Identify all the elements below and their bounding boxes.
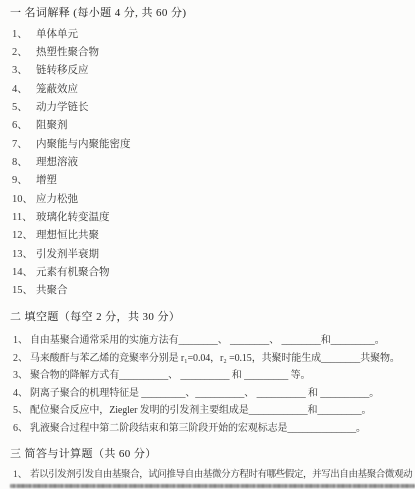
sec1-item-1: 1、单体单元 — [12, 24, 413, 42]
item-number: 4、 — [12, 81, 36, 96]
item-text: 阴离子聚合的机理特征是 _________、__________、 ______… — [30, 384, 413, 399]
item-number: 10、 — [12, 191, 36, 206]
sec1-item-11: 11、玻璃化转变温度 — [12, 207, 413, 225]
section3-question-list: 1、若以引发剂引发自由基聚合，试问推导自由基微分方程时有哪些假定，并写出自由基聚… — [13, 465, 413, 481]
item-number: 6、 — [12, 117, 36, 132]
sec1-item-5: 5、动力学链长 — [12, 97, 413, 115]
item-text: 引发剂半衰期 — [36, 246, 413, 261]
sec1-item-13: 13、引发剂半衰期 — [12, 244, 413, 262]
item-text: 乳液聚合过程中第二阶段结束和第三阶段开始的宏观标志是______________… — [30, 419, 413, 434]
sec1-item-10: 10、应力松弛 — [12, 189, 413, 207]
sec1-item-2: 2、热塑性聚合物 — [12, 42, 413, 60]
item-number: 1、 — [13, 331, 30, 346]
sec1-item-8: 8、理想溶液 — [12, 152, 413, 170]
item-number: 1、 — [13, 466, 30, 480]
sec2-item-1: 1、自由基聚合通常采用的实施方法有________、 ________、 ___… — [13, 330, 413, 348]
sec1-item-3: 3、链转移反应 — [12, 61, 413, 79]
sec1-item-9: 9、增塑 — [12, 171, 413, 189]
sec2-item-3: 3、聚合物的降解方式有__________、 __________ 和 ____… — [13, 365, 413, 383]
item-number: 3、 — [12, 62, 36, 77]
item-number: 7、 — [12, 136, 36, 151]
item-text: 单体单元 — [36, 26, 413, 41]
item-number: 5、 — [13, 401, 30, 416]
item-text: 玻璃化转变温度 — [36, 209, 413, 224]
sec1-item-15: 15、共聚合 — [12, 281, 413, 299]
section2-title: 二 填空题（每空 2 分，共 30 分） — [10, 310, 411, 324]
item-text: 笼蔽效应 — [36, 81, 413, 96]
item-text: 配位聚合反应中，Ziegler 发明的引发剂主要组成是____________和… — [30, 401, 413, 416]
item-text: 动力学链长 — [36, 99, 413, 114]
item-text: 自由基聚合通常采用的实施方法有________、 ________、 _____… — [30, 331, 413, 346]
sec2-item-4: 4、阴离子聚合的机理特征是 _________、__________、 ____… — [13, 383, 413, 401]
sec1-item-4: 4、笼蔽效应 — [12, 79, 413, 97]
item-number: 14、 — [12, 264, 36, 279]
item-number: 12、 — [12, 227, 36, 242]
item-number: 5、 — [12, 99, 36, 114]
section1-title: 一 名词解释 (每小题 4 分, 共 60 分) — [10, 6, 411, 20]
item-text: 应力松弛 — [36, 191, 413, 206]
item-number: 13、 — [12, 246, 36, 261]
item-text: 理想溶液 — [36, 154, 413, 169]
item-number: 8、 — [12, 154, 36, 169]
sec2-item-6: 6、乳液聚合过程中第二阶段结束和第三阶段开始的宏观标志是____________… — [13, 418, 413, 436]
item-text: 聚合物的降解方式有__________、 __________ 和 ______… — [30, 366, 413, 381]
item-text: 内聚能与内聚能密度 — [36, 136, 413, 151]
section3-title: 三 简答与计算题（共 60 分） — [10, 447, 411, 461]
section1-term-list: 1、单体单元2、热塑性聚合物3、链转移反应4、笼蔽效应5、动力学链长6、阻聚剂7… — [12, 24, 413, 299]
item-number: 11、 — [12, 209, 36, 224]
item-text: 若以引发剂引发自由基聚合，试问推导自由基微分方程时有哪些假定，并写出自由基聚合微… — [30, 466, 413, 480]
sec2-item-5: 5、配位聚合反应中，Ziegler 发明的引发剂主要组成是___________… — [13, 400, 413, 418]
item-number: 9、 — [12, 172, 36, 187]
sec1-item-12: 12、理想恒比共聚 — [12, 226, 413, 244]
item-text: 热塑性聚合物 — [36, 44, 413, 59]
item-number: 15、 — [12, 282, 36, 297]
item-text: 阻聚剂 — [36, 117, 413, 132]
item-number: 2、 — [12, 44, 36, 59]
item-text: 链转移反应 — [36, 62, 413, 77]
item-text: 元素有机聚合物 — [36, 264, 413, 279]
sec3-item-1: 1、若以引发剂引发自由基聚合，试问推导自由基微分方程时有哪些假定，并写出自由基聚… — [13, 465, 413, 481]
item-text: 共聚合 — [36, 282, 413, 297]
section2-fill-blank-list: 1、自由基聚合通常采用的实施方法有________、 ________、 ___… — [13, 330, 413, 435]
cutoff-text-edge — [10, 484, 415, 488]
item-number: 2、 — [13, 349, 30, 364]
item-text: 马来酸酐与苯乙烯的竞聚率分别是 r₁=0.04，r₂ =0.15，共聚时能生成_… — [30, 349, 413, 364]
item-number: 1、 — [12, 26, 36, 41]
sec2-item-2: 2、马来酸酐与苯乙烯的竞聚率分别是 r₁=0.04，r₂ =0.15，共聚时能生… — [13, 348, 413, 366]
sec1-item-7: 7、内聚能与内聚能密度 — [12, 134, 413, 152]
item-text: 理想恒比共聚 — [36, 227, 413, 242]
item-number: 3、 — [13, 366, 30, 381]
item-number: 6、 — [13, 419, 30, 434]
sec1-item-14: 14、元素有机聚合物 — [12, 262, 413, 280]
item-text: 增塑 — [36, 172, 413, 187]
exam-paper-page: 一 名词解释 (每小题 4 分, 共 60 分) 1、单体单元2、热塑性聚合物3… — [0, 0, 415, 489]
sec1-item-6: 6、阻聚剂 — [12, 116, 413, 134]
item-number: 4、 — [13, 384, 30, 399]
